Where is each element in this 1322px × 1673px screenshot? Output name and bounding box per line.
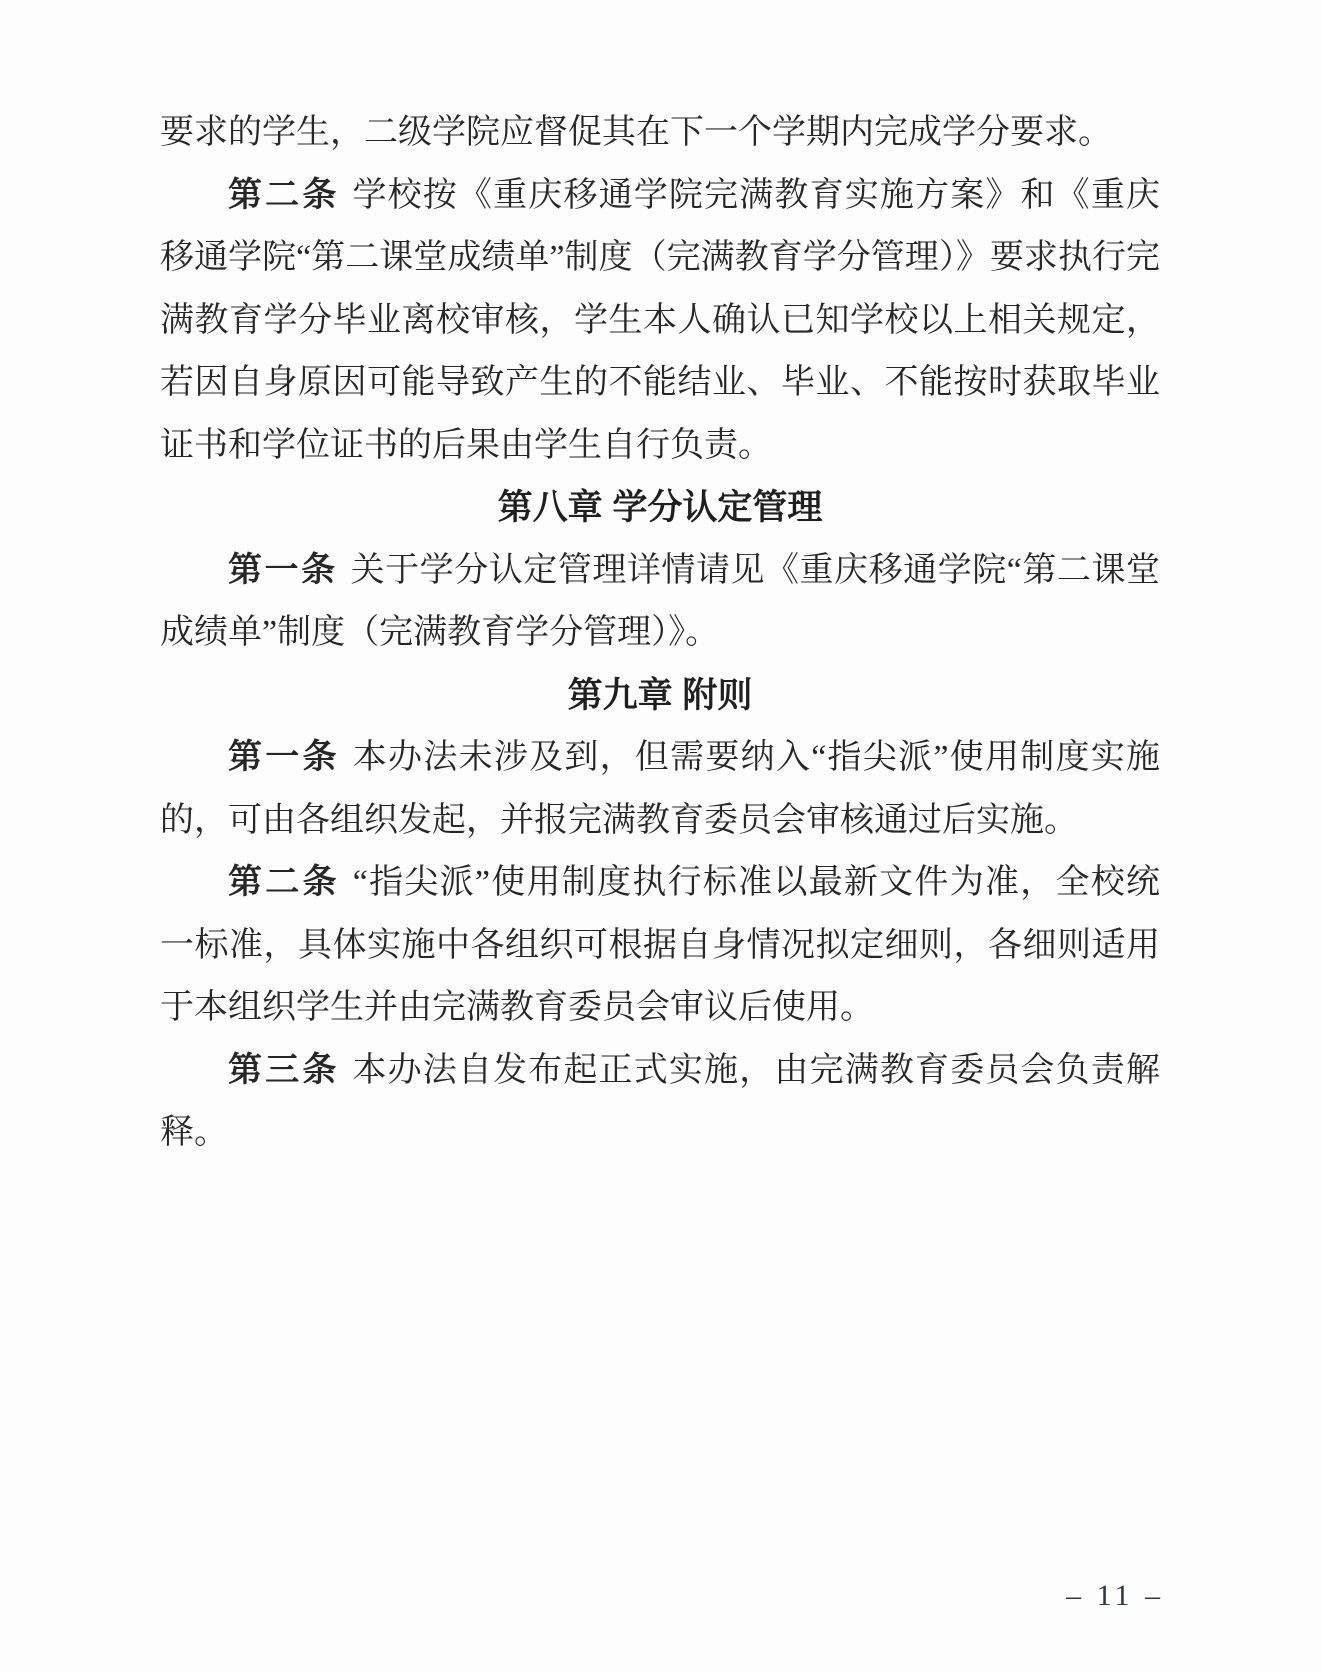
paragraph-text: 学校按《重庆移通学院完满教育实施方案》和《重庆移通学院“第二课堂成绩单”制度（完… bbox=[160, 177, 1160, 464]
article-number-label: 第三条 bbox=[228, 1052, 339, 1089]
article-number-label: 第二条 bbox=[228, 864, 340, 901]
paragraph-text: 要求的学生，二级学院应督促其在下一个学期内完成学分要求。 bbox=[160, 114, 1112, 151]
paragraph-continuation: 要求的学生，二级学院应督促其在下一个学期内完成学分要求。 bbox=[160, 102, 1160, 165]
article-paragraph-2-chapter7: 第二条学校按《重庆移通学院完满教育实施方案》和《重庆移通学院“第二课堂成绩单”制… bbox=[160, 165, 1160, 478]
article-paragraph-1-chapter9: 第一条本办法未涉及到，但需要纳入“指尖派”使用制度实施的，可由各组织发起，并报完… bbox=[160, 727, 1160, 852]
chapter-heading-8: 第八章 学分认定管理 bbox=[160, 477, 1160, 540]
document-body: 要求的学生，二级学院应督促其在下一个学期内完成学分要求。 第二条学校按《重庆移通… bbox=[160, 102, 1160, 1165]
article-paragraph-3-chapter9: 第三条本办法自发布起正式实施，由完满教育委员会负责解释。 bbox=[160, 1040, 1160, 1165]
article-number-label: 第一条 bbox=[228, 552, 338, 589]
article-number-label: 第二条 bbox=[228, 177, 339, 214]
chapter-heading-9: 第九章 附则 bbox=[160, 665, 1160, 728]
page-number: – 11 – bbox=[1066, 1576, 1164, 1616]
document-page: 要求的学生，二级学院应督促其在下一个学期内完成学分要求。 第二条学校按《重庆移通… bbox=[0, 0, 1322, 1673]
article-paragraph-1-chapter8: 第一条关于学分认定管理详情请见《重庆移通学院“第二课堂成绩单”制度（完满教育学分… bbox=[160, 540, 1160, 665]
article-paragraph-2-chapter9: 第二条“指尖派”使用制度执行标准以最新文件为准，全校统一标准，具体实施中各组织可… bbox=[160, 852, 1160, 1040]
article-number-label: 第一条 bbox=[228, 739, 340, 776]
